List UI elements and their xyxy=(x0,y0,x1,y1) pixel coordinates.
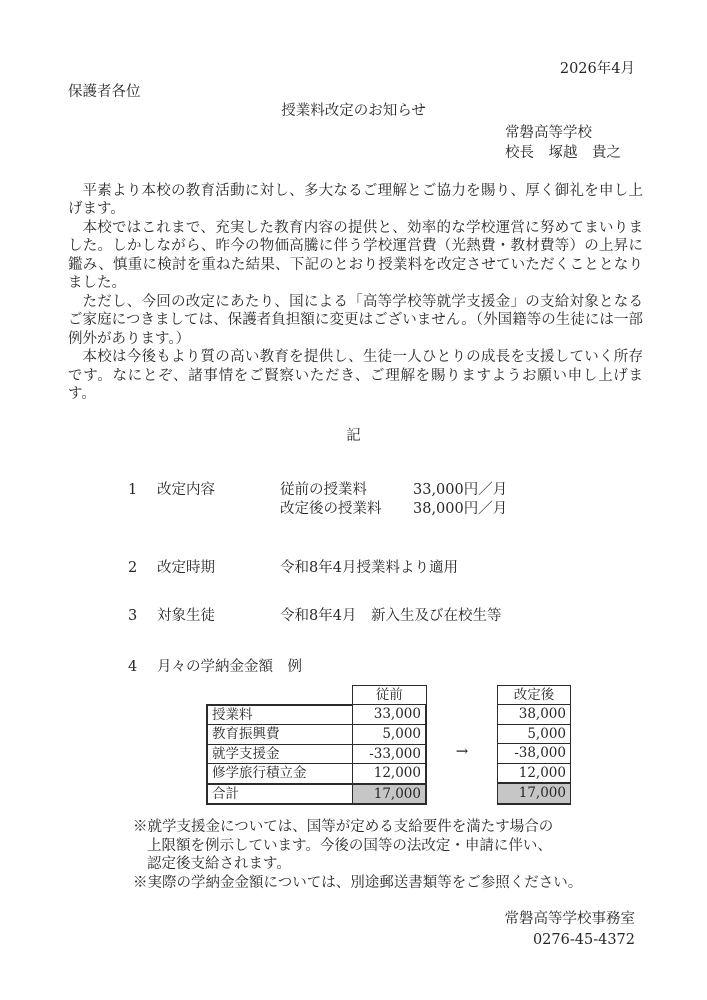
fee-line-old: 従前の授業料 33,000円／月 xyxy=(280,481,507,500)
table-row: 38,000 xyxy=(498,705,571,725)
item-number: 2 xyxy=(128,559,157,578)
row-label: 就学支援金 xyxy=(207,744,353,764)
row-value-after: 12,000 xyxy=(498,763,571,783)
footnotes: ※就学支援金については、国等が定める支給要件を満たす場合の 上限額を例示していま… xyxy=(133,818,707,892)
document-date: 2026年4月 xyxy=(0,0,635,79)
fee-value-new: 38,000円／月 xyxy=(413,500,507,519)
table-row-total: 合計 17,000 xyxy=(207,784,426,805)
row-value-before: 12,000 xyxy=(353,764,427,784)
fee-name-old: 従前の授業料 xyxy=(280,481,413,500)
item-revision-timing: 2 改定時期 令和8年4月授業料より適用 xyxy=(128,559,707,578)
item-label: 対象生徒 xyxy=(157,607,280,626)
item-label: 改定時期 xyxy=(157,559,280,578)
item-content: 従前の授業料 33,000円／月 改定後の授業料 38,000円／月 xyxy=(280,481,507,518)
footer-phone: 0276-45-4372 xyxy=(0,930,635,951)
row-value-after-total: 17,000 xyxy=(498,783,571,804)
table-row: 就学支援金 -33,000 xyxy=(207,744,426,764)
fee-name-new: 改定後の授業料 xyxy=(280,500,413,519)
notice-document: 2026年4月 保護者各位 授業料改定のお知らせ 常磐高等学校 校長 塚越 貴之… xyxy=(0,0,707,1000)
fee-value-old: 33,000円／月 xyxy=(413,481,507,500)
row-value-before: 5,000 xyxy=(353,725,427,745)
fee-tables-section: 従前 授業料 33,000 教育振興費 5,000 就学支援金 -33,000 … xyxy=(206,685,707,806)
row-value-before: -33,000 xyxy=(353,744,427,764)
column-header-before: 従前 xyxy=(353,685,427,705)
row-value-after: 38,000 xyxy=(498,705,571,725)
sender-block: 常磐高等学校 校長 塚越 貴之 xyxy=(505,123,707,163)
footer-office: 常磐高等学校事務室 xyxy=(0,909,635,930)
footnote-line: 認定後支給されます。 xyxy=(133,855,707,874)
item-number: 3 xyxy=(128,607,157,626)
paragraph-reason: 本校ではこれまで、充実した教育内容の提供と、効率的な学校運営に努めてまいりました… xyxy=(68,219,643,293)
paragraph-subsidy: ただし、今回の改定にあたり、国による「高等学校等就学支援金」の支給対象となるご家… xyxy=(68,293,643,349)
item-content: 令和8年4月 新入生及び在校生等 xyxy=(280,607,501,626)
item-label: 月々の学納金金額 例 xyxy=(157,658,302,677)
item-number: 1 xyxy=(128,481,157,500)
ki-marker: 記 xyxy=(0,427,707,446)
table-row: 12,000 xyxy=(498,763,571,783)
blank-corner-cell xyxy=(207,685,353,705)
item-target-students: 3 対象生徒 令和8年4月 新入生及び在校生等 xyxy=(128,607,707,626)
row-label: 修学旅行積立金 xyxy=(207,764,353,784)
footnote-line: 上限額を例示しています。今後の国等の法改定・申請に伴い、 xyxy=(133,837,707,856)
row-value-before: 33,000 xyxy=(353,705,427,725)
document-title: 授業料改定のお知らせ xyxy=(0,102,707,121)
footer-contact: 常磐高等学校事務室 0276-45-4372 xyxy=(0,909,635,951)
item-label: 改定内容 xyxy=(157,481,280,500)
addressee: 保護者各位 xyxy=(68,83,707,102)
table-row: 授業料 33,000 xyxy=(207,705,426,725)
paragraph-greeting: 平素より本校の教育活動に対し、多大なるご理解とご協力を賜り、厚く御礼を申し上げま… xyxy=(68,182,643,219)
column-header-after: 改定後 xyxy=(498,685,571,705)
item-number: 4 xyxy=(128,658,157,677)
table-row: 修学旅行積立金 12,000 xyxy=(207,764,426,784)
table-row: 教育振興費 5,000 xyxy=(207,725,426,745)
row-label-total: 合計 xyxy=(207,784,353,805)
footnote-line: ※実際の学納金金額については、別途郵送書類等をご参照ください。 xyxy=(133,874,707,893)
item-monthly-fees-example: 4 月々の学納金金額 例 xyxy=(128,658,707,677)
row-value-after: 5,000 xyxy=(498,724,571,744)
footnote-line: ※就学支援金については、国等が定める支給要件を満たす場合の xyxy=(133,818,707,837)
item-content: 令和8年4月授業料より適用 xyxy=(280,559,458,578)
row-label: 教育振興費 xyxy=(207,725,353,745)
body-text: 平素より本校の教育活動に対し、多大なるご理解とご協力を賜り、厚く御礼を申し上げま… xyxy=(68,182,643,404)
sender-school: 常磐高等学校 xyxy=(505,123,707,143)
row-label: 授業料 xyxy=(207,705,353,725)
table-row: 5,000 xyxy=(498,724,571,744)
row-value-before-total: 17,000 xyxy=(353,784,427,805)
table-row: -38,000 xyxy=(498,744,571,764)
fee-line-new: 改定後の授業料 38,000円／月 xyxy=(280,500,507,519)
row-value-after: -38,000 xyxy=(498,744,571,764)
table-row-total: 17,000 xyxy=(498,783,571,804)
fee-table-before: 従前 授業料 33,000 教育振興費 5,000 就学支援金 -33,000 … xyxy=(206,685,427,806)
fee-table-after: 改定後 38,000 5,000 -38,000 12,000 17,000 xyxy=(497,685,571,805)
arrow-right-icon: → xyxy=(427,742,497,761)
items-list: 1 改定内容 従前の授業料 33,000円／月 改定後の授業料 38,000円／… xyxy=(0,481,707,677)
paragraph-closing: 本校は今後もより質の高い教育を提供し、生徒一人ひとりの成長を支援していく所存です… xyxy=(68,348,643,404)
sender-principal: 校長 塚越 貴之 xyxy=(505,143,707,163)
item-revision-content: 1 改定内容 従前の授業料 33,000円／月 改定後の授業料 38,000円／… xyxy=(128,481,707,518)
